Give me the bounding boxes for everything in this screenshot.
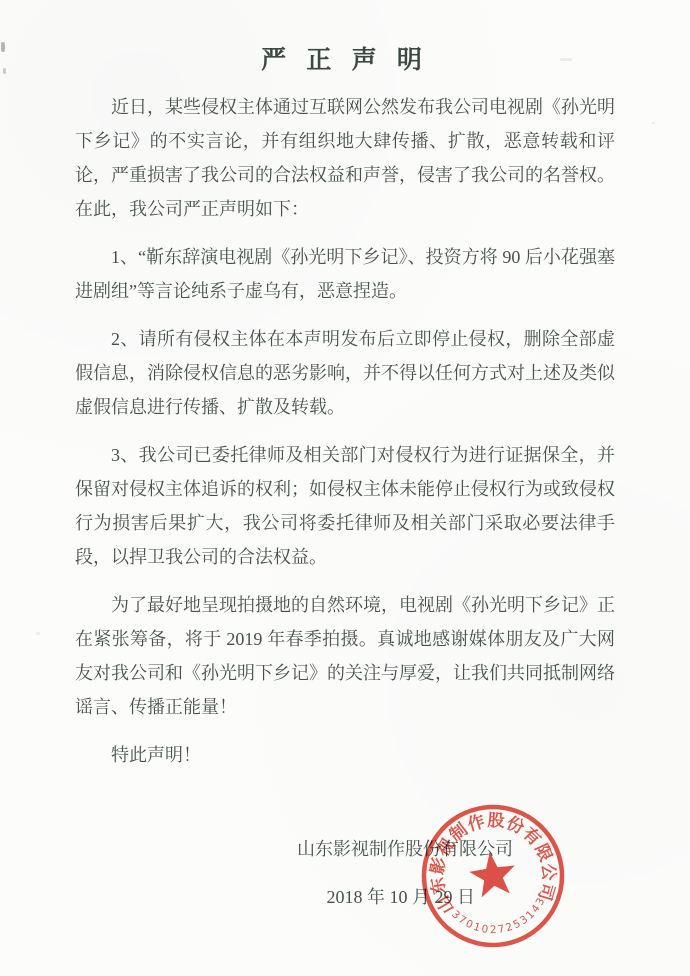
signature-company-name: 山东影视制作股份有限公司 [75,832,615,866]
scan-speckle [1,42,5,52]
closing-line: 特此声明！ [75,738,615,772]
document-title: 严 正 声 明 [0,40,690,76]
document-body: 近日，某些侵权主体通过互联网公然发布我公司电视剧《孙光明下乡记》的不实言论，并有… [75,90,615,914]
scan-speckle [282,146,285,149]
scan-speckle [36,632,40,635]
statement-item-3: 3、我公司已委托律师及相关部门对侵权行为进行证据保全，并保留对侵权主体追诉的权利… [75,438,615,574]
scan-speckle [652,122,655,124]
statement-item-2: 2、请所有侵权主体在本声明发布后立即停止侵权，删除全部虚假信息，消除侵权信息的恶… [75,322,615,424]
signature-block: 山东影视制作股份有限公司 2018 年 10 月 29 日 [75,832,615,914]
signature-date: 2018 年 10 月 29 日 [75,880,615,914]
scan-speckle [3,68,6,74]
scan-speckle [560,58,572,61]
statement-document-page: 严 正 声 明 近日，某些侵权主体通过互联网公然发布我公司电视剧《孙光明下乡记》… [0,0,690,976]
outro-paragraph: 为了最好地呈现拍摄地的自然环境，电视剧《孙光明下乡记》正在紧张筹备，将于 201… [75,588,615,724]
statement-item-1: 1、“靳东辞演电视剧《孙光明下乡记》、投资方将 90 后小花强塞进剧组”等言论纯… [75,240,615,308]
intro-paragraph: 近日，某些侵权主体通过互联网公然发布我公司电视剧《孙光明下乡记》的不实言论，并有… [75,90,615,226]
